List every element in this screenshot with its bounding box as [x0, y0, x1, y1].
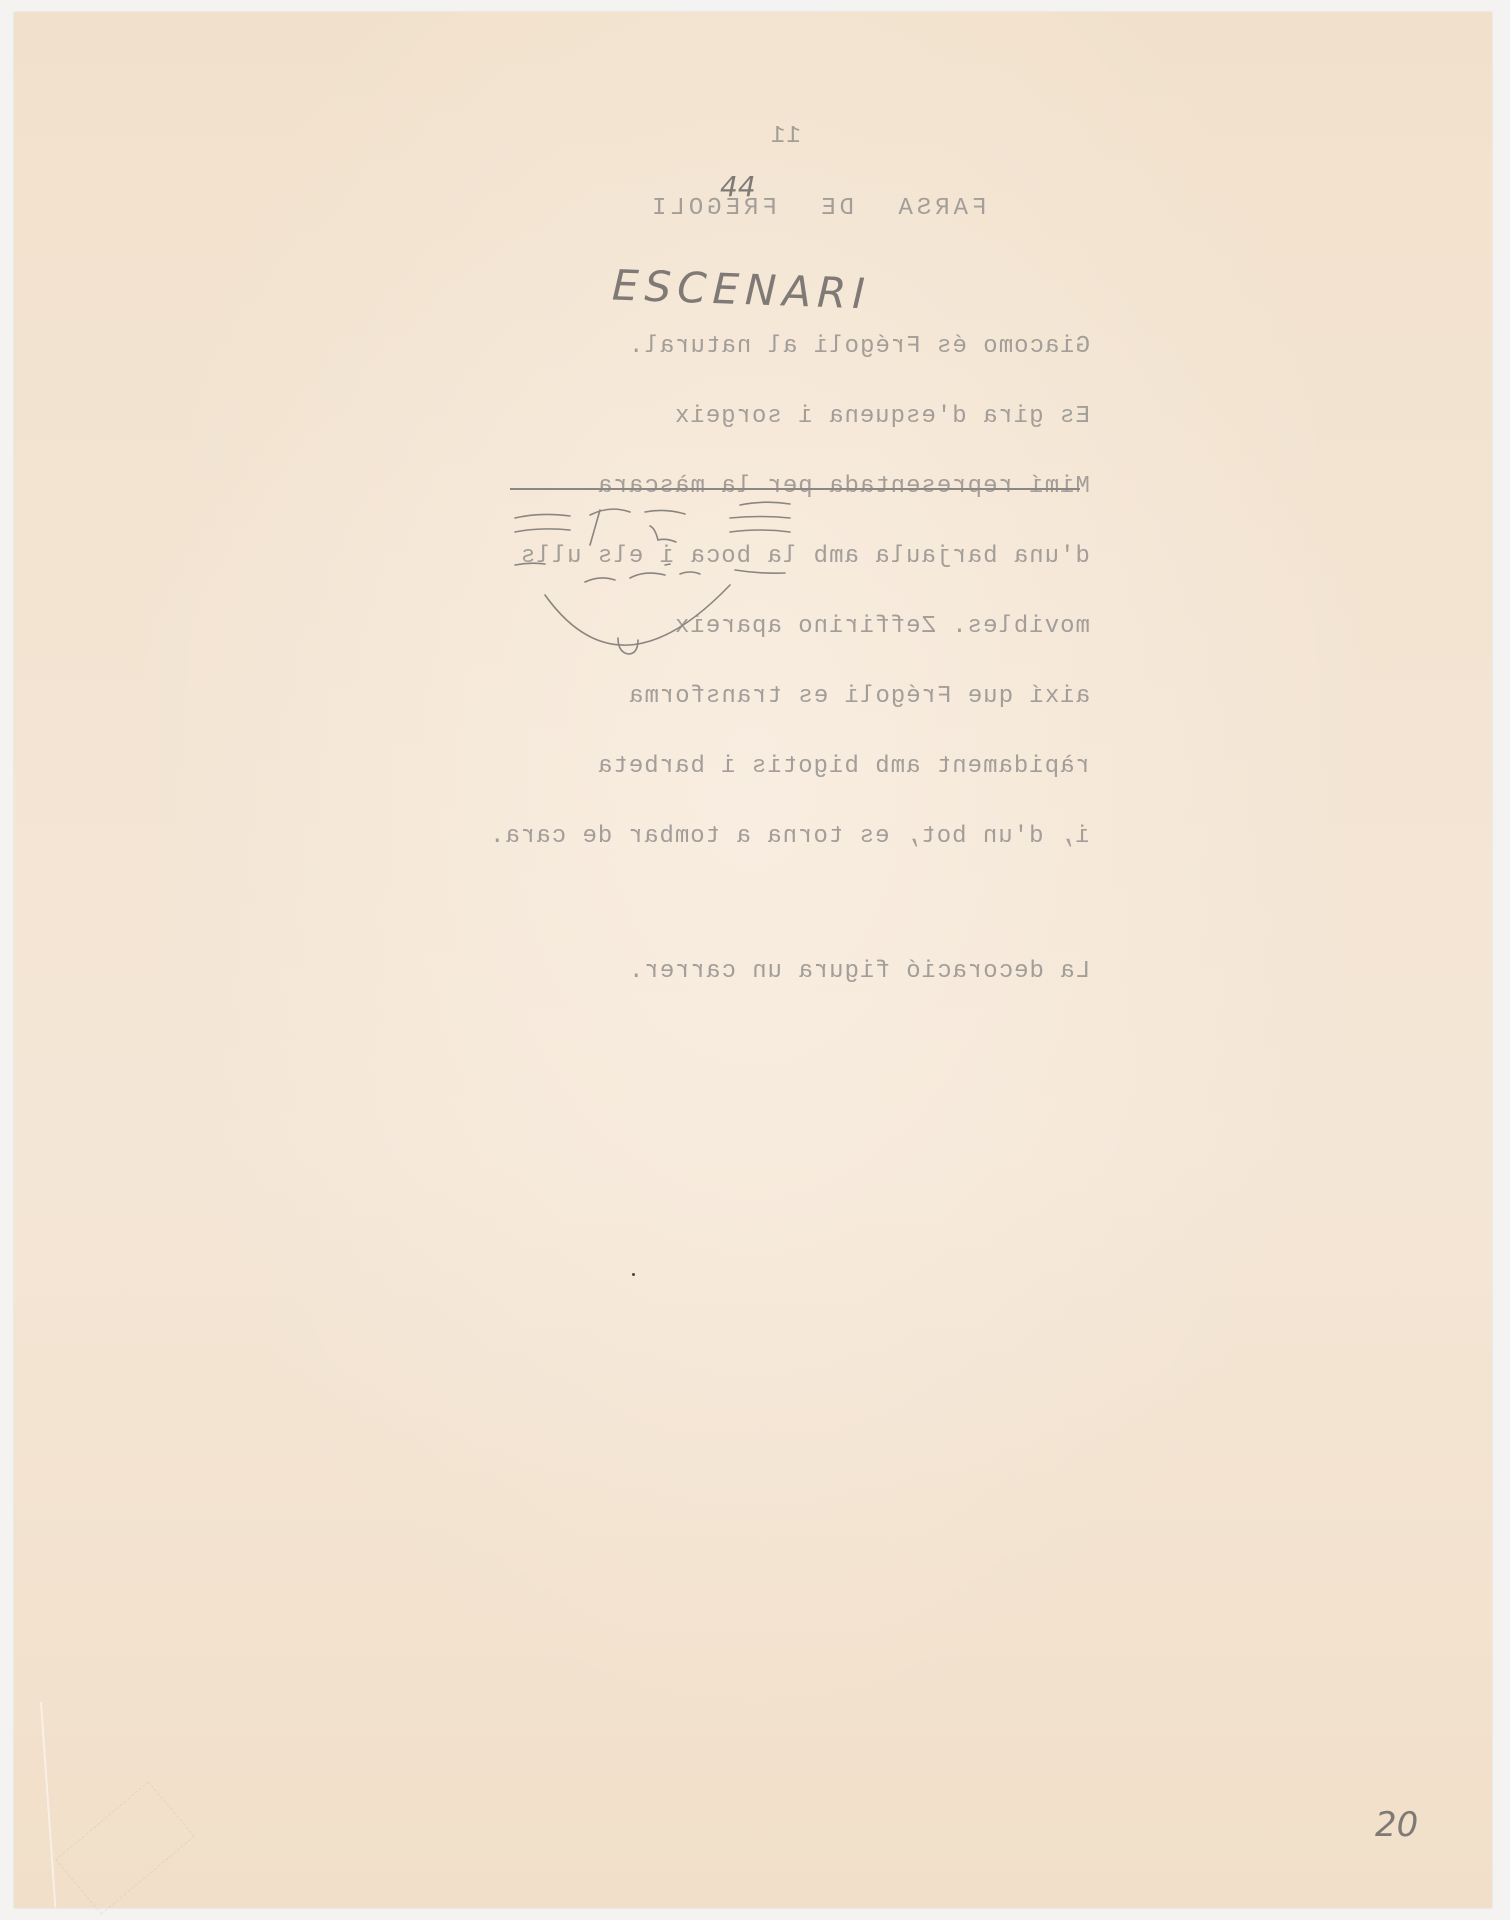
document-title: FARSA DE FREGOLI — [648, 195, 986, 222]
text-line: Giacomo és Frégoli al natural. — [628, 333, 1090, 360]
text-line: ràpidament amb bigotis i barbeta — [597, 753, 1090, 780]
text-line: La decoració figura un carrer. — [628, 958, 1090, 985]
mask-sketch-icon — [500, 470, 920, 690]
faded-stamp — [55, 1781, 195, 1915]
paper-crease — [40, 1702, 56, 1908]
text-line: Es gira d'esquena i sorgeix — [674, 403, 1090, 430]
typed-page-number: 11 — [770, 123, 801, 150]
text-line: i, d'un bot, es torna a tombar de cara. — [489, 823, 1090, 850]
handwritten-heading: ESCENARI — [611, 260, 871, 318]
handwritten-folio-number: 20 — [1375, 1805, 1418, 1845]
ink-dot — [632, 1273, 635, 1276]
